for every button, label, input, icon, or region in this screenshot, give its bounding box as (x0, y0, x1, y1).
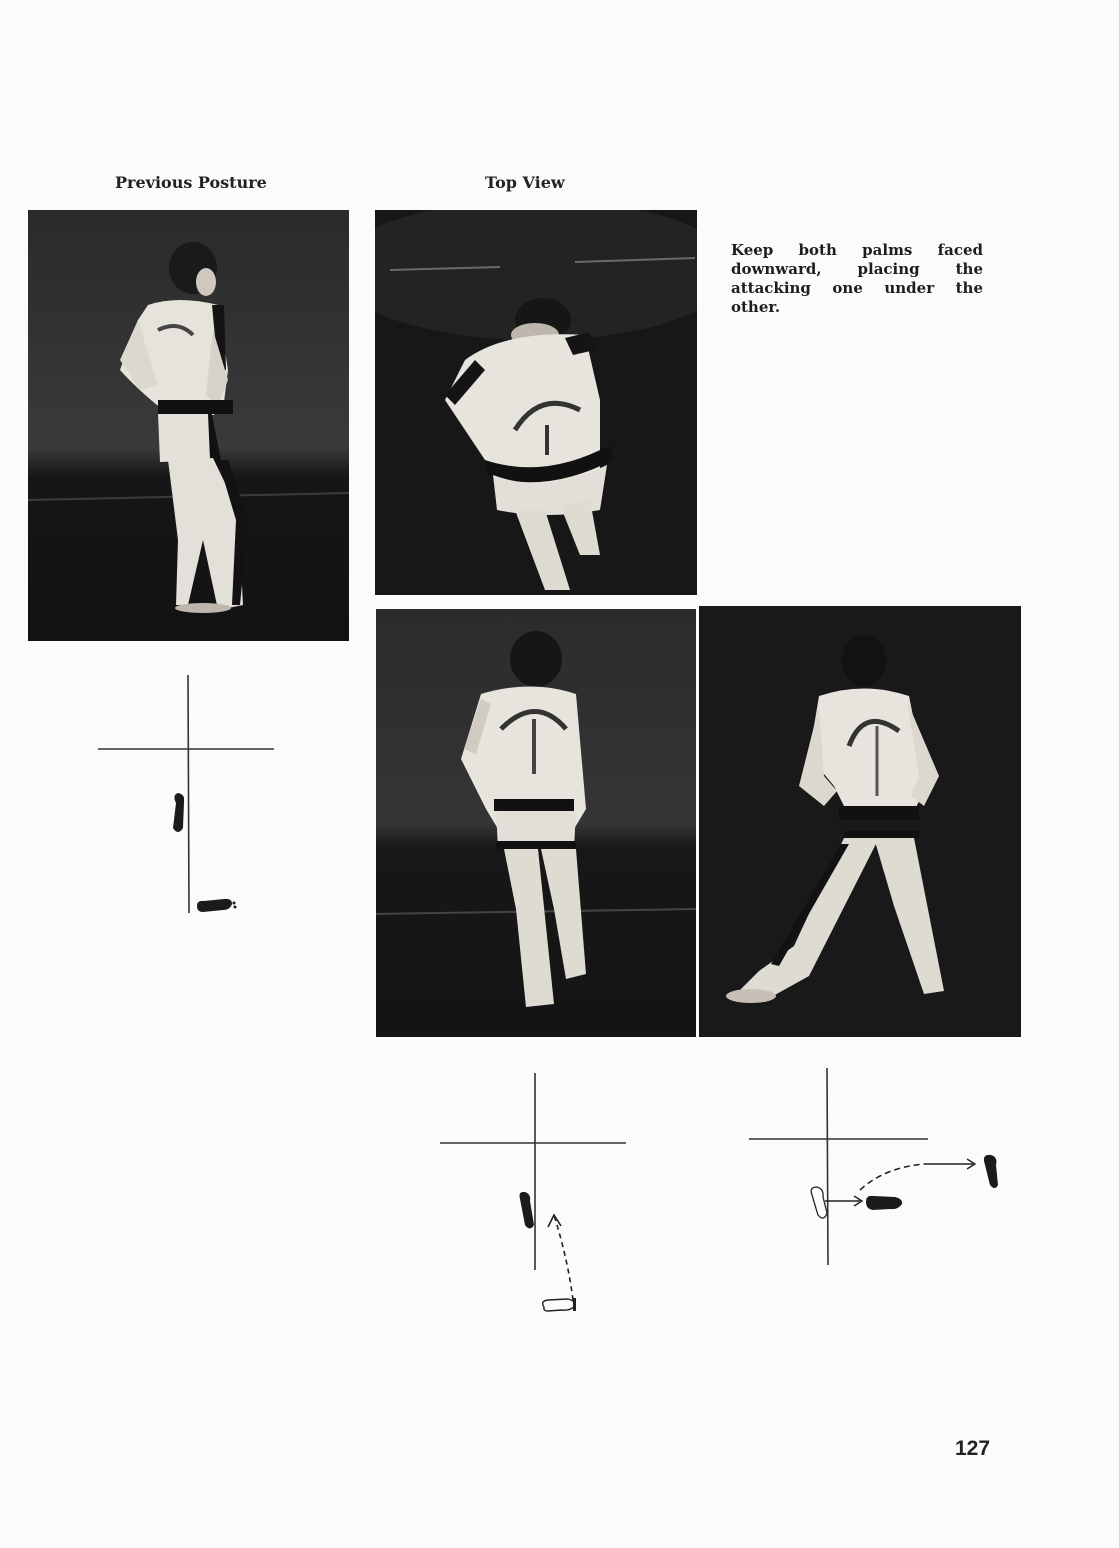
footwork-diagram-step-2-svg (745, 1065, 1015, 1275)
foot-icon-outline-start (543, 1298, 576, 1311)
caption-previous-posture: Previous Posture (115, 173, 267, 192)
foot-icon-left-forward (173, 793, 184, 832)
page-number: 127 (955, 1437, 990, 1461)
figure-step-2-image (699, 606, 1021, 1037)
foot-icon-turned (866, 1196, 902, 1210)
photo-previous-posture (28, 210, 349, 641)
figure-top-view-image (375, 210, 697, 595)
photo-step-1 (376, 609, 696, 1037)
photo-top-view (375, 210, 697, 595)
foot-icon-outline-start (811, 1187, 827, 1218)
instruction-text: Keep both palms faced downward, placing … (731, 241, 983, 317)
figure-previous-posture-image (28, 210, 349, 641)
footwork-diagram-step-1 (430, 1065, 640, 1325)
foot-icon-forward (984, 1155, 998, 1188)
foot-icon-left-forward (520, 1192, 534, 1229)
footwork-diagram-previous-posture (90, 670, 290, 930)
footwork-diagram-step-1-svg (430, 1065, 640, 1325)
photo-step-2 (699, 606, 1021, 1037)
figure-step-1-image (376, 609, 696, 1037)
dashed-arrow-forward (554, 1215, 573, 1300)
footwork-diagram-previous-posture-svg (90, 670, 290, 930)
dashed-arrow-curved (860, 1164, 925, 1190)
footwork-diagram-step-2 (745, 1065, 1015, 1275)
caption-top-view: Top View (485, 173, 565, 192)
foot-icon-right-turned (197, 899, 237, 912)
